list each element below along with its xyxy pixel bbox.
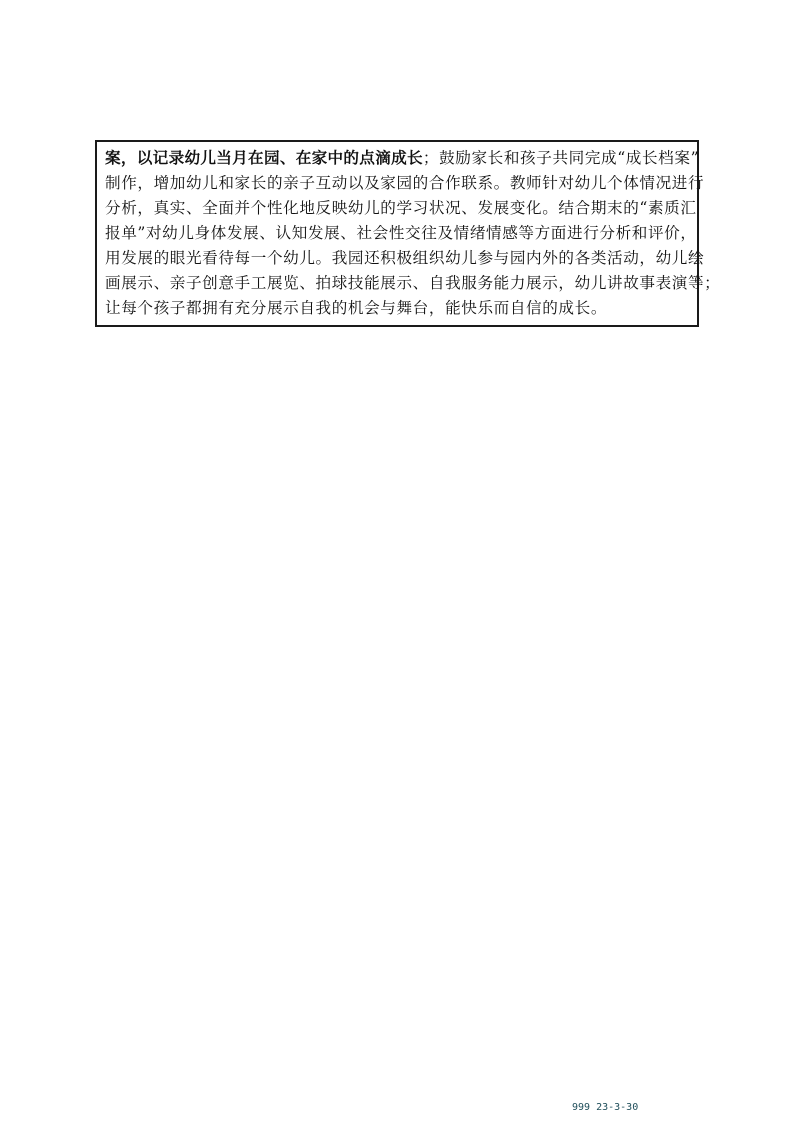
text-box: 案，以记录幼儿当月在园、在家中的点滴成长；鼓励家长和孩子共同完成“成长档案” 制… bbox=[95, 140, 699, 327]
text-line-6: 画展示、亲子创意手工展览、拍球技能展示、自我服务能力展示，幼儿讲故事表演等； bbox=[105, 271, 695, 296]
line-text: 用发展的眼光看待每一个幼儿。我园还积极组织幼儿参与园内外的各类活动，幼儿绘 bbox=[105, 249, 704, 267]
bold-lead-text: 案，以记录幼儿当月在园、在家中的点滴成长 bbox=[105, 149, 423, 167]
line-text: 画展示、亲子创意手工展览、拍球技能展示、自我服务能力展示，幼儿讲故事表演等； bbox=[105, 274, 720, 292]
footer-stamp: 999 23-3-30 bbox=[572, 1102, 638, 1113]
text-line-7: 让每个孩子都拥有充分展示自我的机会与舞台，能快乐而自信的成长。 bbox=[105, 296, 695, 321]
text-line-4: 报单”对幼儿身体发展、认知发展、社会性交往及情绪情感等方面进行分析和评价， bbox=[105, 221, 695, 246]
line-text: ；鼓励家长和孩子共同完成“成长档案” bbox=[423, 149, 699, 167]
text-line-3: 分析，真实、全面并个性化地反映幼儿的学习状况、发展变化。结合期末的“素质汇 bbox=[105, 196, 695, 221]
text-line-5: 用发展的眼光看待每一个幼儿。我园还积极组织幼儿参与园内外的各类活动，幼儿绘 bbox=[105, 246, 695, 271]
line-text: 报单”对幼儿身体发展、认知发展、社会性交往及情绪情感等方面进行分析和评价， bbox=[105, 224, 697, 242]
paragraph: 案，以记录幼儿当月在园、在家中的点滴成长；鼓励家长和孩子共同完成“成长档案” 制… bbox=[105, 146, 695, 321]
line-text: 制作，增加幼儿和家长的亲子互动以及家园的合作联系。教师针对幼儿个体情况进行 bbox=[105, 174, 704, 192]
text-line-2: 制作，增加幼儿和家长的亲子互动以及家园的合作联系。教师针对幼儿个体情况进行 bbox=[105, 171, 695, 196]
text-line-1: 案，以记录幼儿当月在园、在家中的点滴成长；鼓励家长和孩子共同完成“成长档案” bbox=[105, 146, 695, 171]
line-text: 分析，真实、全面并个性化地反映幼儿的学习状况、发展变化。结合期末的“素质汇 bbox=[105, 199, 697, 217]
line-text: 让每个孩子都拥有充分展示自我的机会与舞台，能快乐而自信的成长。 bbox=[105, 299, 607, 317]
